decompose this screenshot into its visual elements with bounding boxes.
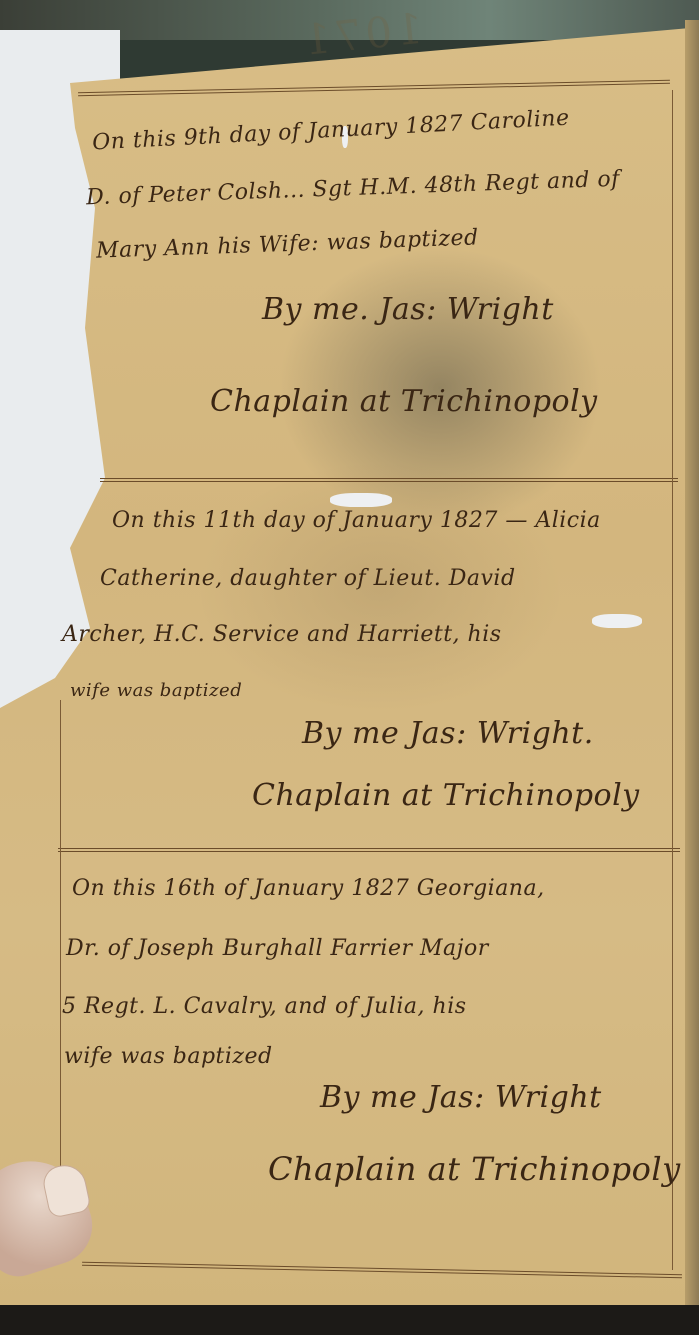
entry-text-line: Archer, H.C. Service and Harriett, his — [62, 622, 502, 647]
entry-text-line: wife was baptized — [64, 1044, 273, 1069]
margin-rule — [672, 90, 673, 1270]
page-stack-edge — [685, 20, 699, 1320]
entry-divider — [58, 848, 680, 852]
entry-text-line: Catherine, daughter of Lieut. David — [100, 566, 516, 591]
margin-rule — [60, 700, 61, 1200]
officiant-signature: By me. Jas: Wright — [262, 292, 554, 327]
officiant-signature: By me Jas: Wright. — [302, 716, 594, 751]
entry-text-line: On this 16th of January 1827 Georgiana, — [72, 876, 545, 901]
paper-hole — [592, 614, 642, 628]
entry-text-line: Dr. of Joseph Burghall Farrier Major — [66, 936, 489, 961]
register-page — [0, 28, 690, 1313]
entry-divider — [100, 478, 678, 482]
entry-text-line: 5 Regt. L. Cavalry, and of Julia, his — [62, 994, 467, 1019]
shadow-edge — [0, 1305, 699, 1335]
entry-text-line: wife was baptized — [70, 680, 242, 701]
officiant-title: Chaplain at Trichinopoly — [210, 384, 598, 419]
paper-hole — [330, 493, 392, 507]
officiant-signature: By me Jas: Wright — [320, 1080, 602, 1115]
officiant-title: Chaplain at Trichinopoly — [268, 1150, 681, 1188]
entry-text-line: On this 11th day of January 1827 — Alici… — [112, 508, 601, 533]
officiant-title: Chaplain at Trichinopoly — [252, 778, 640, 813]
